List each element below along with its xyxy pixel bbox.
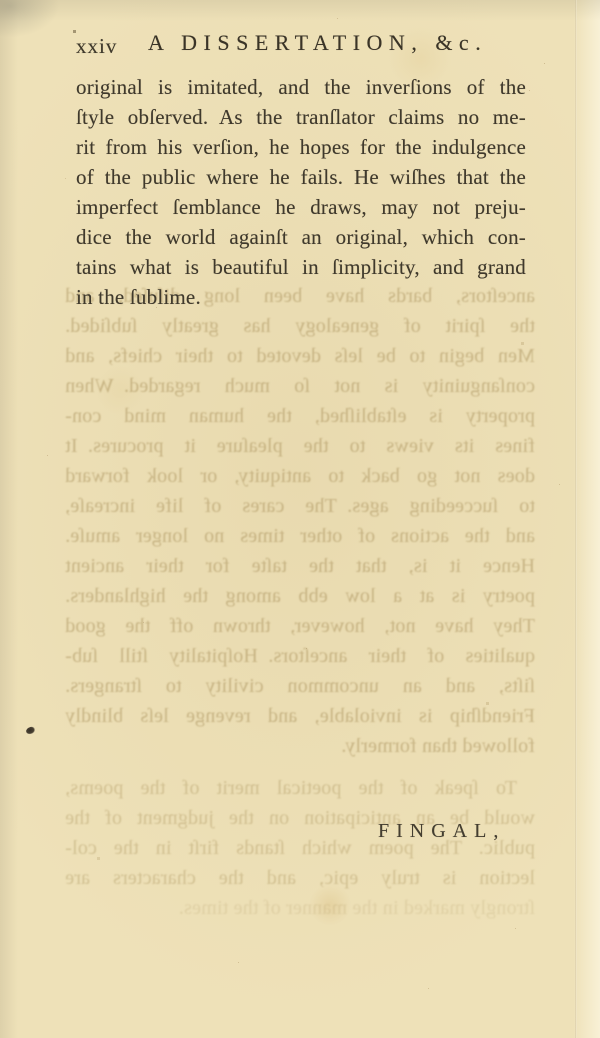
bleedthrough-line: and the actions of other times no longer… (65, 521, 535, 551)
catchword-fingal: FINGAL, (378, 820, 505, 843)
bleedthrough-line: Hence it is, that the taſte for their an… (65, 551, 535, 581)
bleedthrough-text-block-1: anceſtors, bards have been long diſuſed,… (65, 281, 535, 761)
bleedthrough-line: To ſpeak of the poetical merit of the po… (65, 773, 535, 803)
bleedthrough-line: to ſucceeding ages. The cares of life in… (65, 491, 535, 521)
body-text-line: in the ſublime. (76, 282, 526, 312)
body-text-line: of the public where he fails. He wiſhes … (76, 162, 526, 192)
body-text-line: dice the world againſt an original, whic… (76, 222, 526, 252)
bleedthrough-line: ſtrongly marked in the manner of the tim… (65, 893, 535, 923)
body-text-line: original is imitated, and the inverſions… (76, 72, 526, 102)
body-text-line: ſtyle obſerved. As the tranſlator claims… (76, 102, 526, 132)
paper-specks (0, 0, 1, 1)
body-paragraph: original is imitated, and the inverſions… (76, 72, 526, 312)
bleedthrough-line: qualities of their anceſtors. Hoſpitalit… (65, 641, 535, 671)
scanned-book-page: xxiv A DISSERTATION, &c. original is imi… (0, 0, 600, 1038)
body-text-line: rit from his verſion, he hopes for the i… (76, 132, 526, 162)
ink-spot (25, 726, 35, 735)
running-title: A DISSERTATION, &c. (148, 30, 487, 56)
bleedthrough-line: ſiſts, and an uncommon civility to ſtran… (65, 671, 535, 701)
bleedthrough-line: fines its views to the pleaſure it procu… (65, 431, 535, 461)
bleedthrough-line: does not go back to antiquity, or look f… (65, 461, 535, 491)
page-edge-crease (575, 0, 577, 1038)
running-header: xxiv A DISSERTATION, &c. (0, 30, 600, 58)
bleedthrough-line: the ſpirit of genealogy has greatly ſubſ… (65, 311, 535, 341)
bleedthrough-line: followed than formerly. (65, 731, 535, 761)
bleedthrough-line: poetry is at a low ebb among the highlan… (65, 581, 535, 611)
bleedthrough-line: lection is truly epic, and the character… (65, 863, 535, 893)
body-text-line: tains what is beautiful in ſimplicity, a… (76, 252, 526, 282)
bleedthrough-line: property is eſtabliſhed, the human mind … (65, 401, 535, 431)
bleedthrough-text-block-2: To ſpeak of the poetical merit of the po… (65, 773, 535, 923)
bleedthrough-line: Men begin to be leſs devoted to their ch… (65, 341, 535, 371)
page-number: xxiv (76, 34, 117, 59)
bleedthrough-line: They have not, however, thrown off the g… (65, 611, 535, 641)
bleedthrough-line: Friendſhip is inviolable, and revenge le… (65, 701, 535, 731)
body-text-line: imperfect ſemblance he draws, may not pr… (76, 192, 526, 222)
bleedthrough-line: conſanguinity is not ſo much regarded. W… (65, 371, 535, 401)
